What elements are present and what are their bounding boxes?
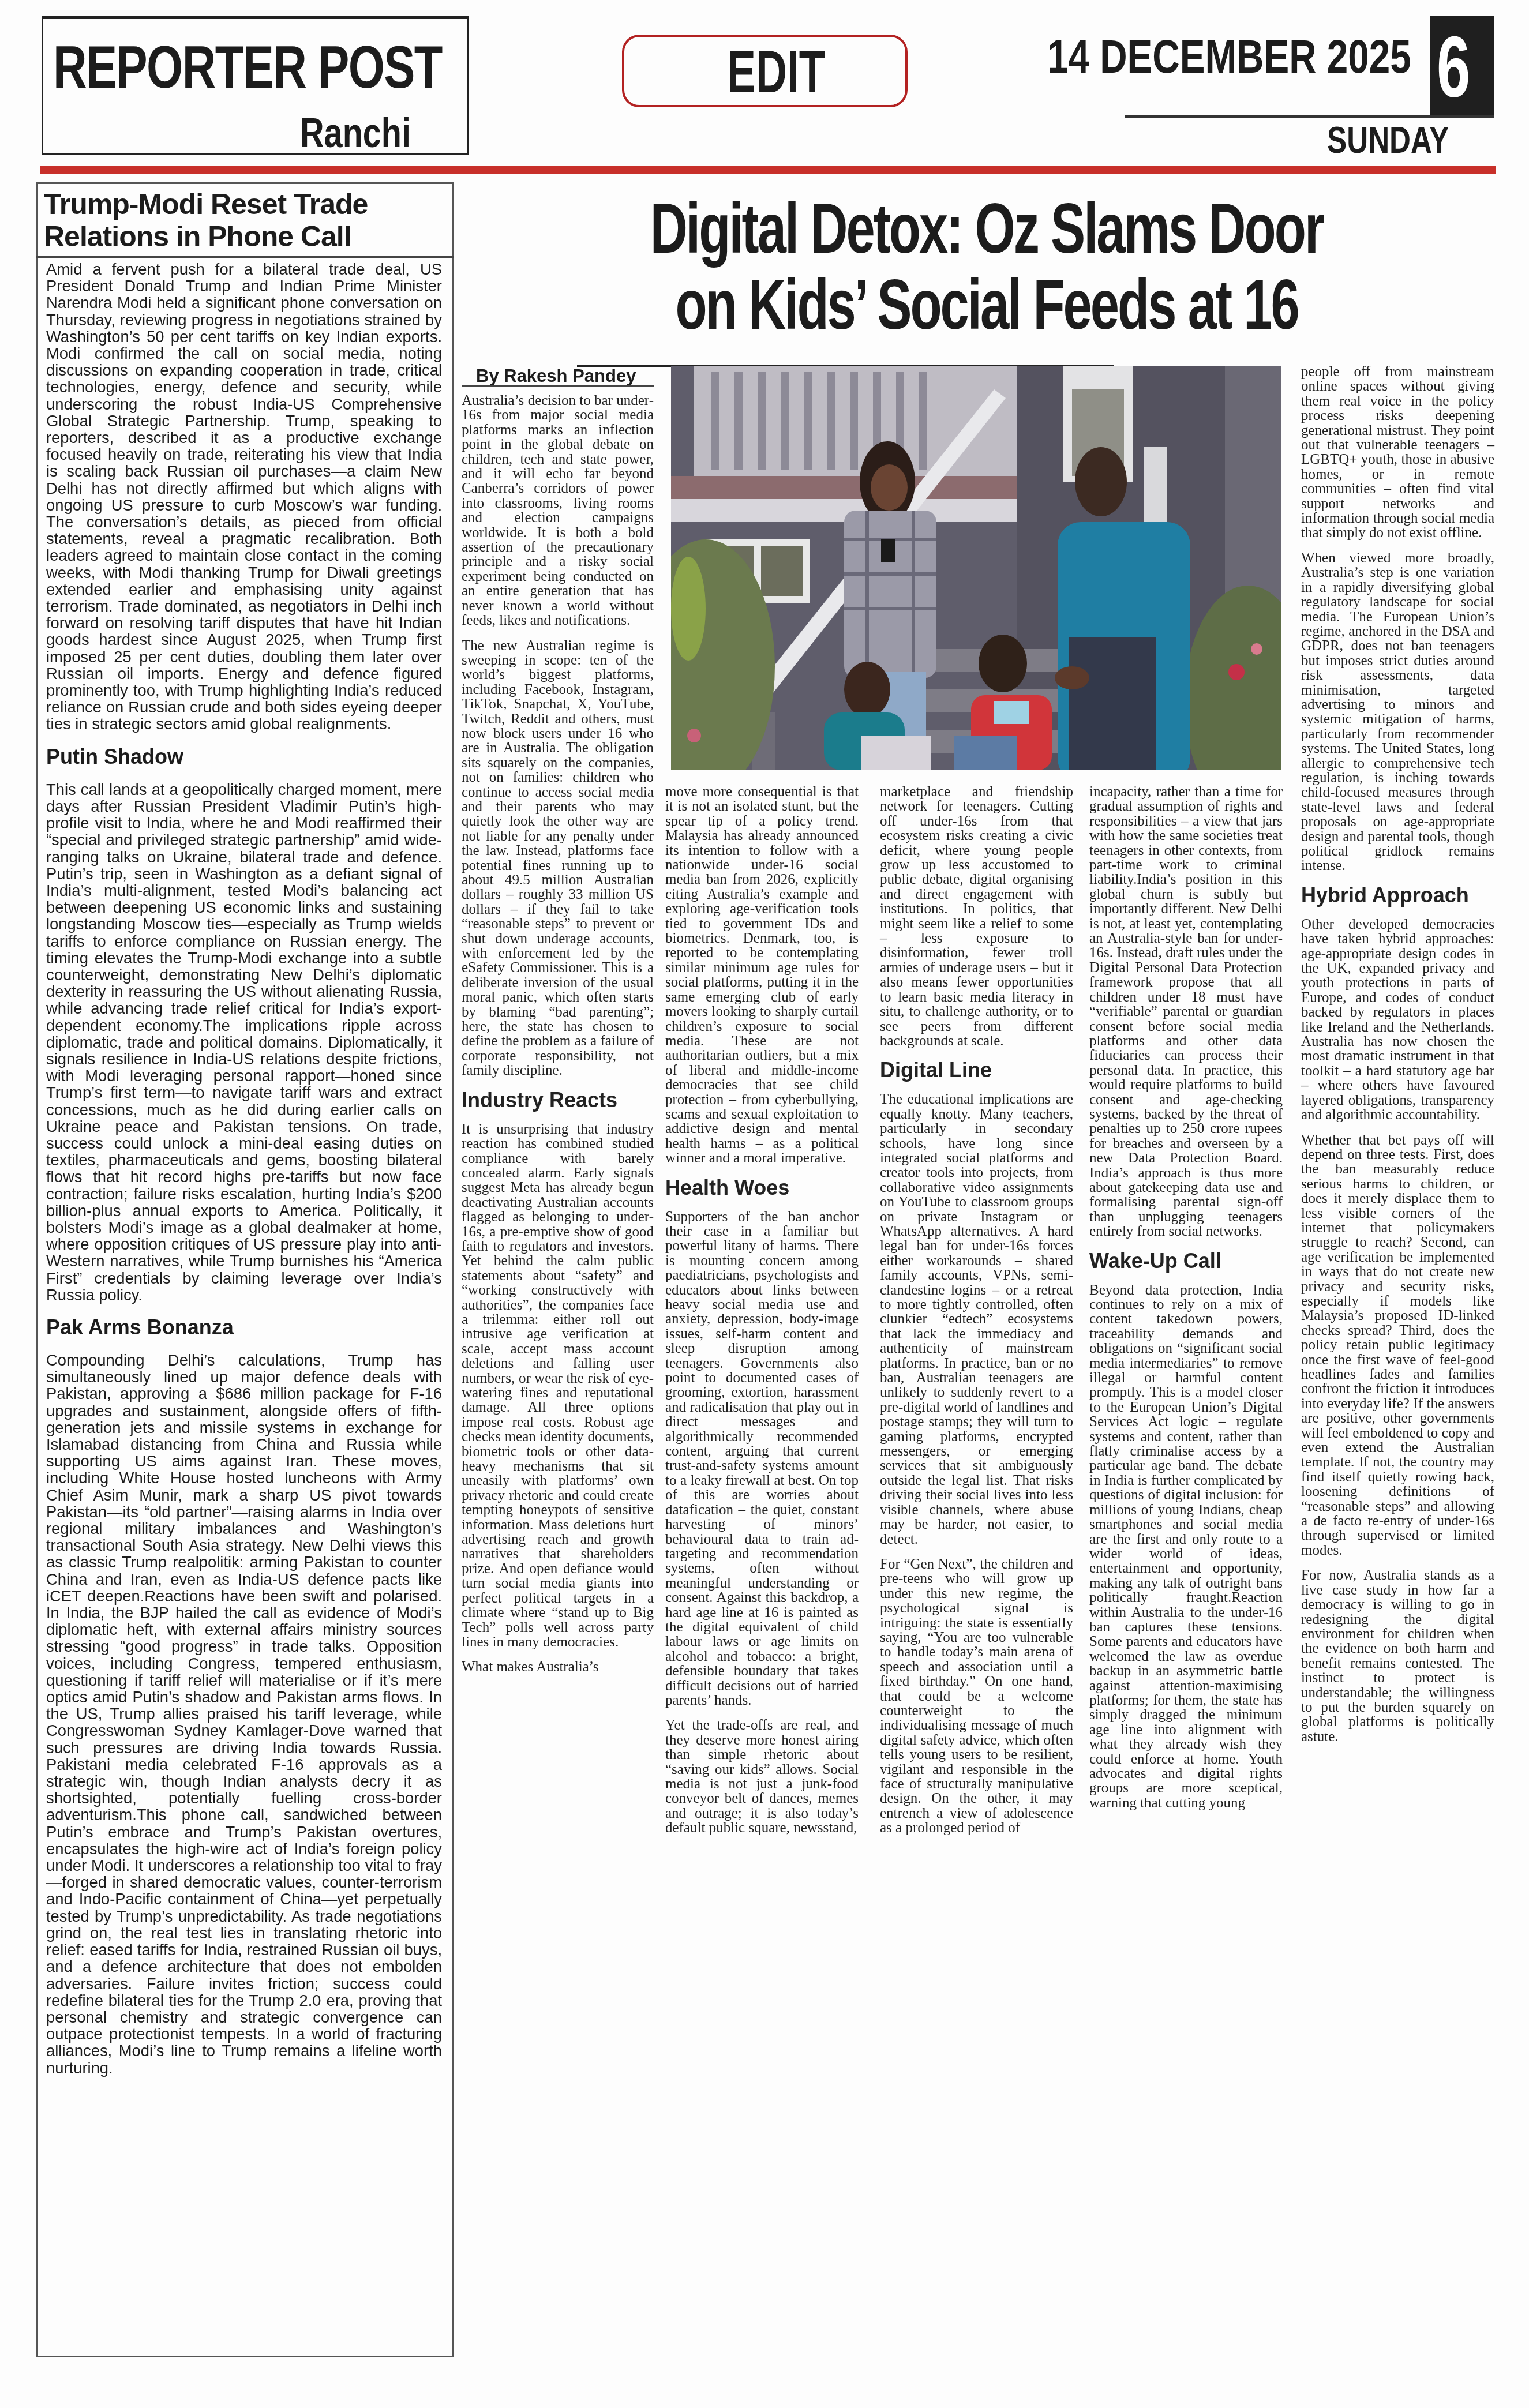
main-headline: Digital Detox: Oz Slams Door on Kids’ So… — [473, 190, 1500, 343]
article-column-2: move more consequential is that it is no… — [665, 785, 859, 1846]
paragraph: Yet the trade-offs are real, and they de… — [665, 1718, 859, 1835]
paragraph: Australia’s decision to bar under-16s fr… — [462, 393, 654, 628]
article-column-1: Australia’s decision to bar under-16s fr… — [462, 393, 654, 1685]
page-number: 6 — [1437, 17, 1470, 117]
article-column-4: incapacity, rather than a time for gradu… — [1089, 785, 1283, 1821]
subheading-hybrid-approach: Hybrid Approach — [1301, 884, 1494, 907]
paragraph: The educational implications are equally… — [880, 1092, 1073, 1547]
subheading-industry-reacts: Industry Reacts — [462, 1089, 654, 1112]
subheading-health-woes: Health Woes — [665, 1176, 859, 1199]
masthead-red-rule — [40, 166, 1496, 174]
paragraph: incapacity, rather than a time for gradu… — [1089, 785, 1283, 1239]
main-headline-line-1: Digital Detox: Oz Slams Door — [650, 190, 1323, 267]
paragraph: The new Australian regime is sweeping in… — [462, 639, 654, 1078]
paragraph: For now, Australia stands as a live case… — [1301, 1568, 1494, 1744]
paragraph: Other developed democracies have taken h… — [1301, 917, 1494, 1123]
subheading-wake-up-call: Wake-Up Call — [1089, 1250, 1283, 1273]
sidebar-headline: Trump-Modi Reset Trade Relations in Phon… — [42, 188, 450, 253]
sidebar-headline-rule — [36, 256, 454, 258]
section-label: EDIT — [727, 38, 826, 107]
paragraph: move more consequential is that it is no… — [665, 785, 859, 1166]
paragraph: It is unsurprising that industry reactio… — [462, 1122, 654, 1650]
issue-date: 14 DECEMBER 2025 — [1047, 30, 1411, 84]
paragraph: What makes Australia’s — [462, 1660, 654, 1674]
main-headline-line-2: on Kids’ Social Feeds at 16 — [675, 267, 1298, 343]
paragraph: people off from mainstream online spaces… — [1301, 365, 1494, 541]
subheading-digital-line: Digital Line — [880, 1059, 1073, 1082]
sidebar-paragraph: Compounding Delhi’s calculations, Trump … — [46, 1352, 442, 2076]
edition-city: Ranchi — [300, 110, 411, 157]
sidebar-paragraph: Amid a fervent push for a bilateral trad… — [46, 261, 442, 733]
article-column-5: people off from mainstream online spaces… — [1301, 365, 1494, 1754]
paragraph: For “Gen Next”, the children and pre-tee… — [880, 1557, 1073, 1836]
byline: By Rakesh Pandey — [476, 366, 636, 387]
article-photo — [671, 366, 1281, 770]
family-photo-illustration — [671, 366, 1281, 770]
article-column-3: marketplace and friendship network for t… — [880, 785, 1073, 1846]
paragraph: Beyond data protection, India continues … — [1089, 1283, 1283, 1811]
paragraph: Supporters of the ban anchor their case … — [665, 1210, 859, 1708]
sidebar-article-body: Amid a fervent push for a bilateral trad… — [46, 261, 442, 2076]
newspaper-title: REPORTER POST — [53, 33, 442, 102]
issue-day: SUNDAY — [1327, 119, 1449, 162]
sidebar-paragraph: This call lands at a geopolitically char… — [46, 781, 442, 1303]
paragraph: When viewed more broadly, Australia’s st… — [1301, 551, 1494, 873]
byline-rule — [462, 385, 654, 387]
sidebar-subheading: Putin Shadow — [46, 745, 442, 768]
paragraph: Whether that bet pays off will depend on… — [1301, 1133, 1494, 1558]
sidebar-subheading: Pak Arms Bonanza — [46, 1316, 442, 1339]
paragraph: marketplace and friendship network for t… — [880, 785, 1073, 1048]
date-underline — [1125, 115, 1494, 118]
